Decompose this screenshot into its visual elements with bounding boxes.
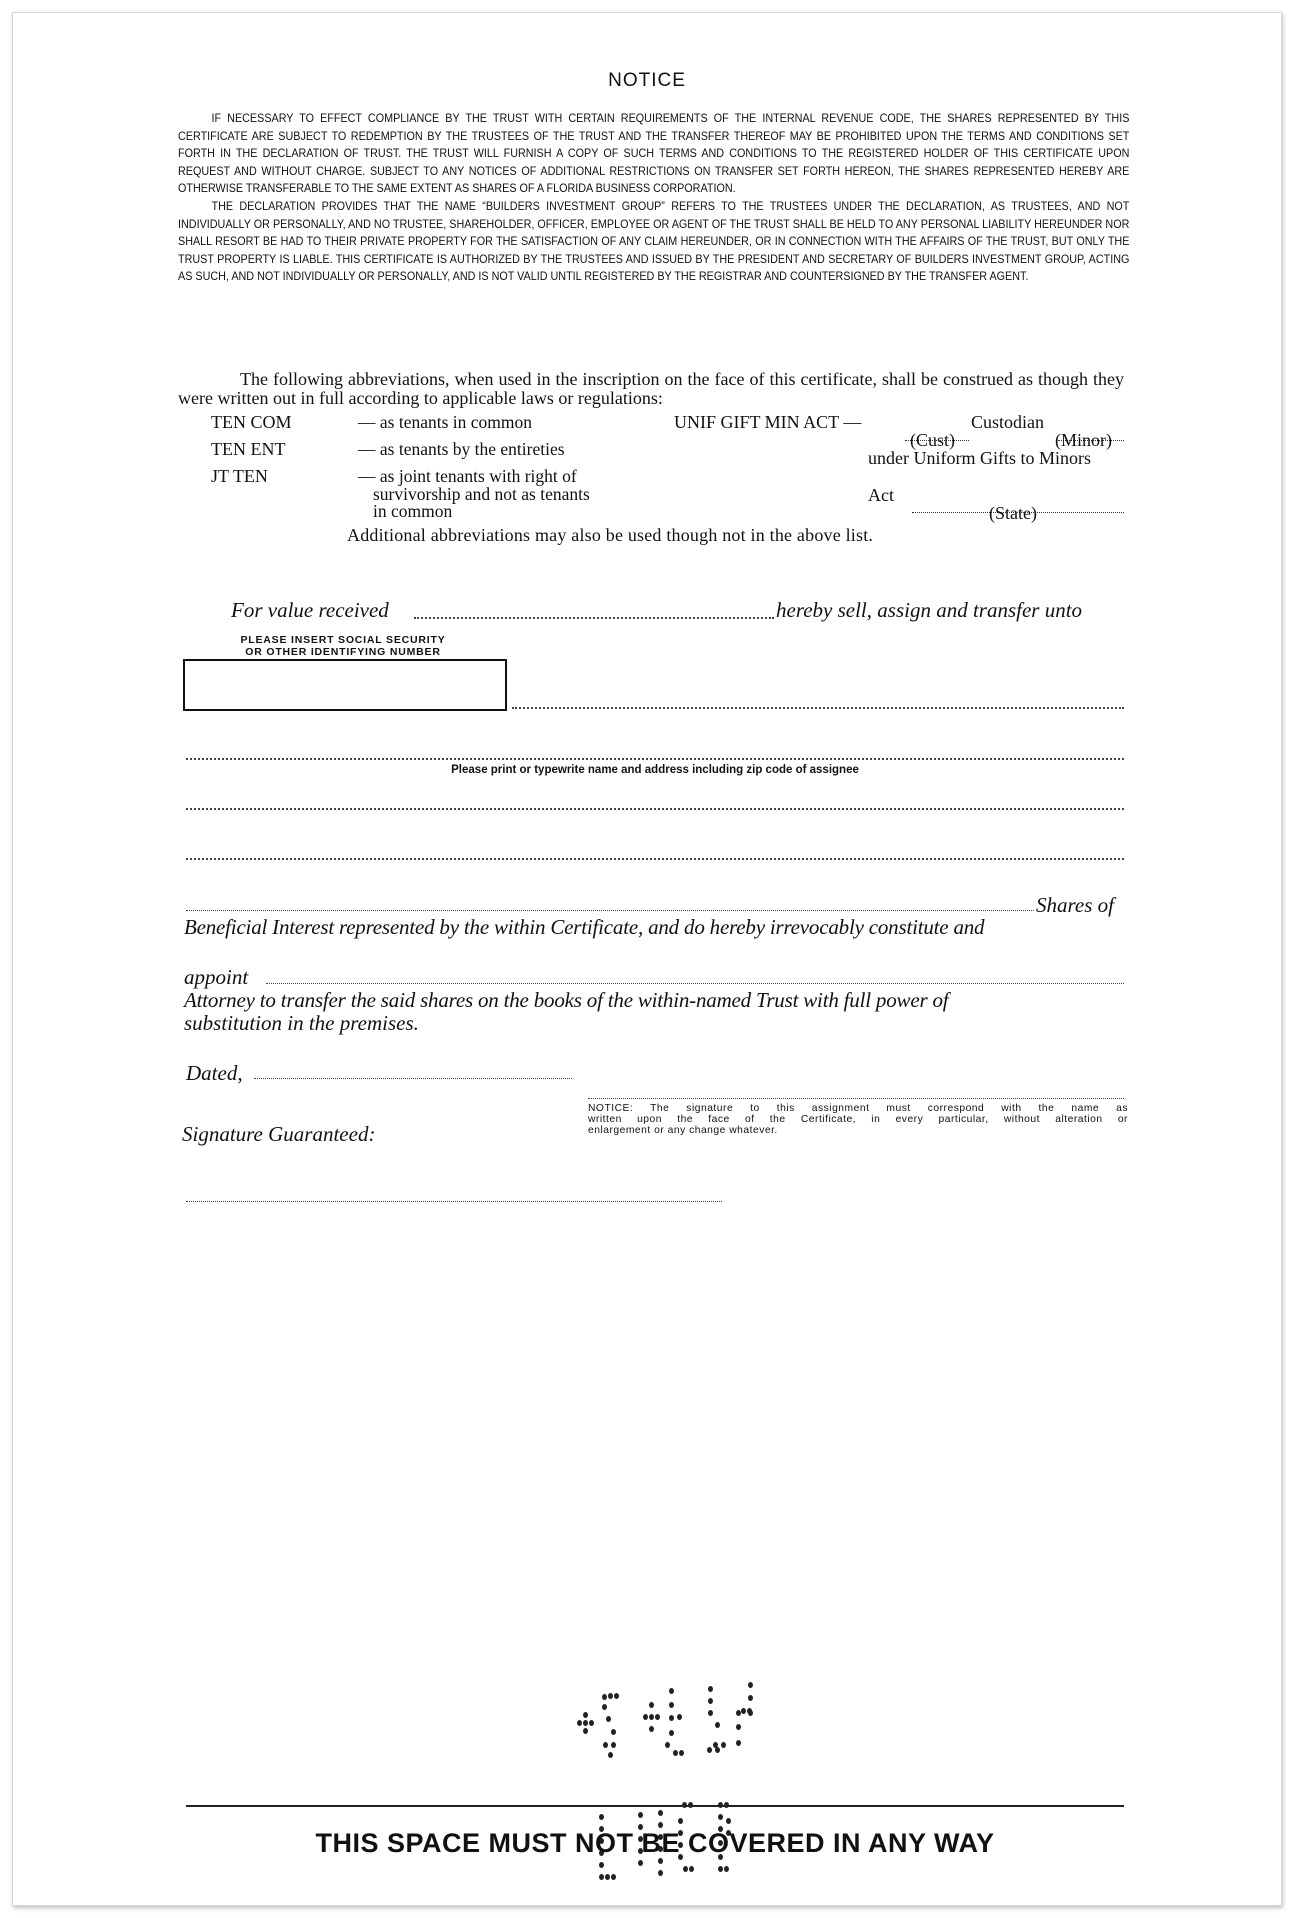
perforation-dot — [606, 1716, 611, 1722]
perforation-dot — [611, 1874, 616, 1880]
notice-paragraph-redemption: IF NECESSARY TO EFFECT COMPLIANCE BY THE… — [178, 110, 1129, 198]
notice-paragraph-declaration: THE DECLARATION PROVIDES THAT THE NAME “… — [178, 198, 1129, 286]
attorney-line[interactable] — [266, 983, 1124, 984]
perforation-dot — [708, 1698, 713, 1704]
ugma-label: UNIF GIFT MIN ACT — — [674, 413, 861, 432]
signature-notice: NOTICE: The signature to this assignment… — [588, 1103, 1128, 1136]
abbr-def-jt-ten-3: in common — [373, 503, 452, 520]
perforation-dot — [708, 1686, 713, 1692]
perforation-dot — [665, 1742, 670, 1748]
appoint-label: appoint — [184, 965, 248, 990]
perforation-dot — [614, 1693, 619, 1699]
perforation-dot — [715, 1722, 720, 1728]
perforation-dot — [589, 1720, 594, 1726]
perforation-dot — [658, 1870, 663, 1876]
footer-warning: THIS SPACE MUST NOT BE COVERED IN ANY WA… — [186, 1828, 1124, 1859]
abbreviations-intro: The following abbreviations, when used i… — [178, 370, 1124, 408]
perforation-dot — [669, 1730, 674, 1736]
perforation-dot — [655, 1714, 660, 1720]
perforation-dot — [726, 1818, 731, 1824]
ugma-custodian: Custodian — [971, 413, 1044, 432]
perforation-dot — [638, 1860, 643, 1866]
perforation-dot — [608, 1752, 613, 1758]
perforation-dot — [679, 1750, 684, 1756]
assignee-line-2[interactable] — [186, 758, 1124, 760]
perforation-dot — [577, 1720, 582, 1726]
document-page — [12, 12, 1282, 1906]
perforation-dot — [602, 1694, 607, 1700]
perforation-dot — [683, 1866, 688, 1872]
abbr-key-jt-ten: JT TEN — [211, 467, 268, 486]
perforation-dot — [718, 1814, 723, 1820]
perforation-dot — [748, 1710, 753, 1716]
perforation-dot — [608, 1693, 613, 1699]
print-instruction: Please print or typewrite name and addre… — [186, 764, 1124, 776]
perforation-dot — [748, 1695, 753, 1701]
perforation-dot — [736, 1724, 741, 1730]
perforation-dot — [741, 1708, 746, 1714]
perforation-dot — [736, 1740, 741, 1746]
assignee-line-3[interactable] — [186, 808, 1124, 810]
perforation-dot — [678, 1818, 683, 1824]
ugma-under: under Uniform Gifts to Minors — [868, 449, 1091, 468]
perforation-dot — [583, 1712, 588, 1718]
perforation-dot — [583, 1728, 588, 1734]
abbr-key-ten-com: TEN COM — [211, 413, 292, 432]
perforation-dot — [669, 1702, 674, 1708]
assignee-line-1[interactable] — [512, 707, 1124, 709]
perforation-dot — [677, 1714, 682, 1720]
perforation-dot — [669, 1715, 674, 1721]
date-line[interactable] — [254, 1078, 572, 1079]
perforation-dot — [669, 1688, 674, 1694]
perforation-dot — [649, 1702, 654, 1708]
notice-body: IF NECESSARY TO EFFECT COMPLIANCE BY THE… — [178, 110, 1129, 286]
notice-title: NOTICE — [0, 70, 1294, 92]
ugma-act: Act — [868, 486, 894, 505]
perforation-dot — [724, 1866, 729, 1872]
perforation-dot — [718, 1866, 723, 1872]
additional-abbreviations: Additional abbreviations may also be use… — [347, 526, 873, 545]
perforation-dot — [583, 1720, 588, 1726]
perforation-dot — [715, 1747, 720, 1753]
signature-guaranteed-label: Signature Guaranteed: — [182, 1122, 375, 1147]
dated-label: Dated, — [186, 1061, 243, 1086]
ssn-input-box[interactable] — [183, 659, 507, 711]
for-value-received: For value received — [231, 598, 389, 623]
perforation-dot — [707, 1747, 712, 1753]
attorney-text: Attorney to transfer the said shares on … — [184, 988, 1130, 1013]
for-value-line[interactable] — [414, 617, 774, 619]
ugma-state-caption: (State) — [989, 504, 1037, 523]
abbr-key-ten-ent: TEN ENT — [211, 440, 285, 459]
perforation-dot — [708, 1710, 713, 1716]
shares-count-line[interactable] — [186, 910, 1034, 911]
perforation-dot — [638, 1812, 643, 1818]
perforation-dot — [649, 1714, 654, 1720]
perforation-dot — [748, 1682, 753, 1688]
perforation-dot — [605, 1874, 610, 1880]
substitution-text: substitution in the premises. — [184, 1011, 419, 1036]
perforation-dot — [721, 1742, 726, 1748]
perforation-dot — [599, 1874, 604, 1880]
abbr-def-ten-ent: — as tenants by the entireties — [358, 441, 565, 458]
perforation-dot — [611, 1729, 616, 1735]
perforation-dot — [689, 1866, 694, 1872]
perforation-dot — [673, 1750, 678, 1756]
ssn-label: PLEASE INSERT SOCIAL SECURITY OR OTHER I… — [183, 634, 503, 658]
assignee-line-4[interactable] — [186, 858, 1124, 860]
perforation-dot — [643, 1714, 648, 1720]
abbr-def-jt-ten: — as joint tenants with right of — [358, 468, 577, 485]
guarantor-line[interactable] — [186, 1201, 722, 1202]
perforation-dot — [611, 1742, 616, 1748]
perforation-dot — [658, 1810, 663, 1816]
perforation-dot — [649, 1726, 654, 1732]
perforation-dot — [599, 1862, 604, 1868]
footer-rule — [186, 1805, 1124, 1807]
hereby-transfer: hereby sell, assign and transfer unto — [776, 598, 1082, 623]
signature-line[interactable] — [588, 1098, 1124, 1099]
beneficial-interest: Beneficial Interest represented by the w… — [184, 915, 1130, 940]
perforation-dot — [603, 1742, 608, 1748]
abbr-def-ten-com: — as tenants in common — [358, 414, 532, 431]
perforation-dot — [602, 1704, 607, 1710]
perforation-dot — [599, 1814, 604, 1820]
